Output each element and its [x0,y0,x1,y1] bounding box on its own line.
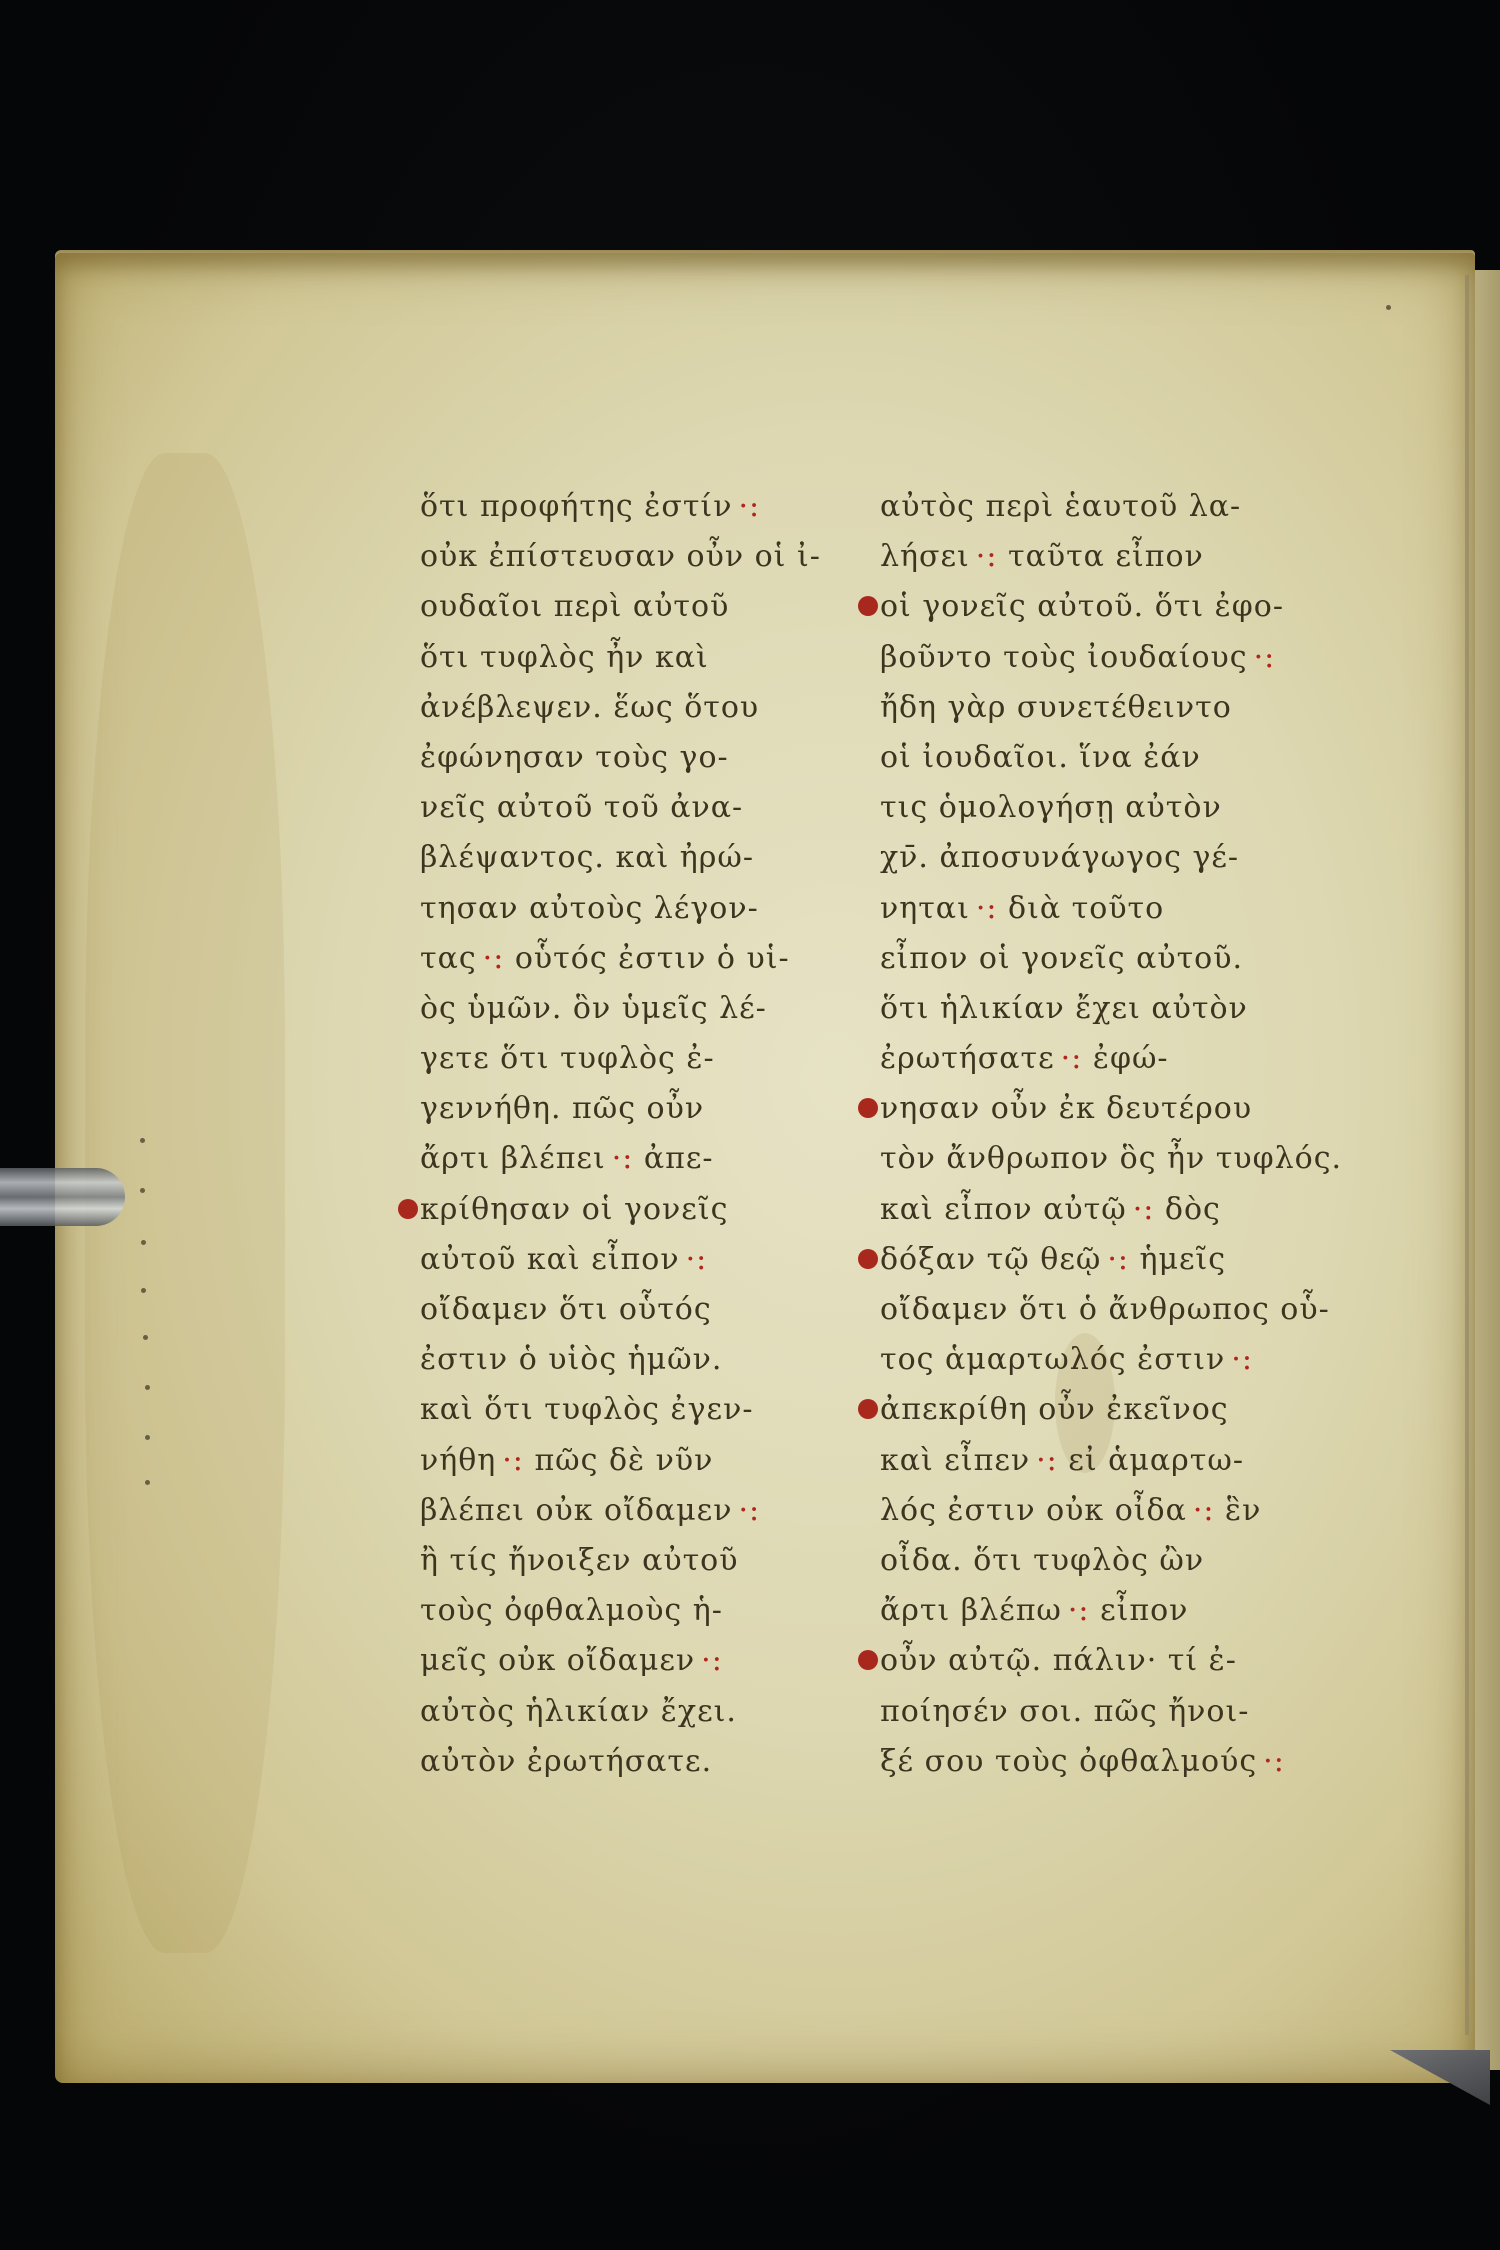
prick-mark [140,1188,145,1193]
text-line: αὐτὸς περὶ ἑαυτοῦ λα- [880,482,1400,532]
text-line: ἢ τίς ἤνοιξεν αὐτοῦ [420,1536,860,1586]
text-column-left: ὅτι προφήτης ἐστίν·: οὐκ ἐπίστευσαν οὖν … [420,482,860,1787]
red-punctuation: ·: [1133,1192,1155,1227]
text-line: ὅτι τυφλὸς ἦν καὶ [420,633,860,683]
text-line: βλέπει οὐκ οἴδαμεν·: [420,1486,860,1536]
text-line: τοὺς ὀφθαλμοὺς ἡ- [420,1586,860,1636]
text-line: μεῖς οὐκ οἴδαμεν·: [420,1636,860,1686]
text-line: βλέψαντος. καὶ ἠρώ- [420,833,860,883]
red-punctuation: ·: [701,1643,723,1678]
text-line: νηται·: διὰ τοῦτο [880,884,1400,934]
red-punctuation: ·: [1036,1443,1058,1478]
red-punctuation: ·: [1231,1342,1253,1377]
text-line: τος ἁμαρτωλός ἐστιν·: [880,1335,1400,1385]
text-line-rubric: οἱ γονεῖς αὐτοῦ. ὅτι ἐφο- [880,582,1400,632]
red-punctuation: ·: [1263,1744,1285,1779]
text-line: ὸς ὑμῶν. ὃν ὑμεῖς λέ- [420,984,860,1034]
text-line: ἄρτι βλέπω·: εἶπον [880,1586,1400,1636]
text-line: λήσει·: ταῦτα εἶπον [880,532,1400,582]
text-line: ουδαῖοι περὶ αὐτοῦ [420,582,860,632]
red-punctuation: ·: [1061,1041,1083,1076]
text-line: οὐκ ἐπίστευσαν οὖν οἱ ἰ- [420,532,860,582]
text-line: ὅτι προφήτης ἐστίν·: [420,482,860,532]
text-line: ποίησέν σοι. πῶς ἤνοι- [880,1687,1400,1737]
text-line: νεῖς αὐτοῦ τοῦ ἀνα- [420,783,860,833]
prick-mark [145,1385,150,1390]
red-punctuation: ·: [738,1493,760,1528]
red-punctuation: ·: [1193,1493,1215,1528]
text-line: τας·: οὗτός ἐστιν ὁ υἱ- [420,934,860,984]
red-punctuation: ·: [686,1242,708,1277]
red-punctuation: ·: [1068,1593,1090,1628]
text-line: ξέ σου τοὺς ὀφθαλμούς·: [880,1737,1400,1787]
text-line: λός ἐστιν οὐκ οἶδα·: ἓν [880,1486,1400,1536]
prick-mark [145,1435,150,1440]
text-line: οἴδαμεν ὅτι ὁ ἄνθρωπος οὗ- [880,1285,1400,1335]
text-line: ἐφώνησαν τοὺς γο- [420,733,860,783]
text-line: οἴδαμεν ὅτι οὗτός [420,1285,860,1335]
text-line: ἀνέβλεψεν. ἕως ὅτου [420,683,860,733]
red-punctuation: ·: [976,539,998,574]
text-line-rubric: δόξαν τῷ θεῷ·: ἡμεῖς [880,1235,1400,1285]
text-line: ἤδη γὰρ συνετέθειντο [880,683,1400,733]
red-punctuation: ·: [1107,1242,1129,1277]
text-line: καὶ εἶπεν·: εἰ ἁμαρτω- [880,1436,1400,1486]
text-line: αὐτὸς ἡλικίαν ἔχει. [420,1687,860,1737]
prick-mark [145,1480,150,1485]
text-line: νήθη·: πῶς δὲ νῦν [420,1436,860,1486]
red-punctuation: ·: [612,1141,634,1176]
text-line-rubric: νησαν οὖν ἐκ δευτέρου [880,1084,1400,1134]
red-punctuation: ·: [1254,640,1276,675]
text-line: τις ὁμολογήσῃ αὐτὸν [880,783,1400,833]
prick-mark [143,1335,148,1340]
red-punctuation: ·: [483,941,505,976]
text-line: καὶ ὅτι τυφλὸς ἐγεν- [420,1385,860,1435]
text-line: ὅτι ἡλικίαν ἔχει αὐτὸν [880,984,1400,1034]
text-line: βοῦντο τοὺς ἰουδαίους·: [880,633,1400,683]
text-line: οἱ ἰουδαῖοι. ἵνα ἐάν [880,733,1400,783]
text-column-right: αὐτὸς περὶ ἑαυτοῦ λα- λήσει·: ταῦτα εἶπο… [880,482,1400,1787]
text-line-rubric: κρίθησαν οἱ γονεῖς [420,1185,860,1235]
rubric-initial [398,1199,418,1219]
page-clip [0,1168,125,1226]
red-punctuation: ·: [976,891,998,926]
prick-mark [141,1288,146,1293]
text-line-rubric: οὖν αὐτῷ. πάλιν· τί ἐ- [880,1636,1400,1686]
text-line: τησαν αὐτοὺς λέγον- [420,884,860,934]
text-line: οἶδα. ὅτι τυφλὸς ὢν [880,1536,1400,1586]
text-line-rubric: ἀπεκρίθη οὖν ἐκεῖνος [880,1385,1400,1435]
text-line: αὐτοῦ καὶ εἶπον·: [420,1235,860,1285]
gutter-fold [1465,275,1469,2035]
text-line: τὸν ἄνθρωπον ὃς ἦν τυφλός. [880,1134,1400,1184]
rubric-initial [858,1249,878,1269]
text-line: ἐρωτήσατε·: ἐφώ- [880,1034,1400,1084]
text-line: χν̄. ἀποσυνάγωγος γέ- [880,833,1400,883]
text-line: γετε ὅτι τυφλὸς ἐ- [420,1034,860,1084]
text-line: ἐστιν ὁ υἱὸς ἡμῶν. [420,1335,860,1385]
text-line: γεννήθη. πῶς οὖν [420,1084,860,1134]
text-line: καὶ εἶπον αὐτῷ·: δὸς [880,1185,1400,1235]
text-line: αὐτὸν ἐρωτήσατε. [420,1737,860,1787]
red-punctuation: ·: [738,489,760,524]
prick-mark [1386,305,1391,310]
prick-mark [140,1138,145,1143]
prick-mark [141,1240,146,1245]
text-line: εἶπον οἱ γονεῖς αὐτοῦ. [880,934,1400,984]
red-punctuation: ·: [502,1443,524,1478]
text-line: ἄρτι βλέπει·: ἀπε- [420,1134,860,1184]
